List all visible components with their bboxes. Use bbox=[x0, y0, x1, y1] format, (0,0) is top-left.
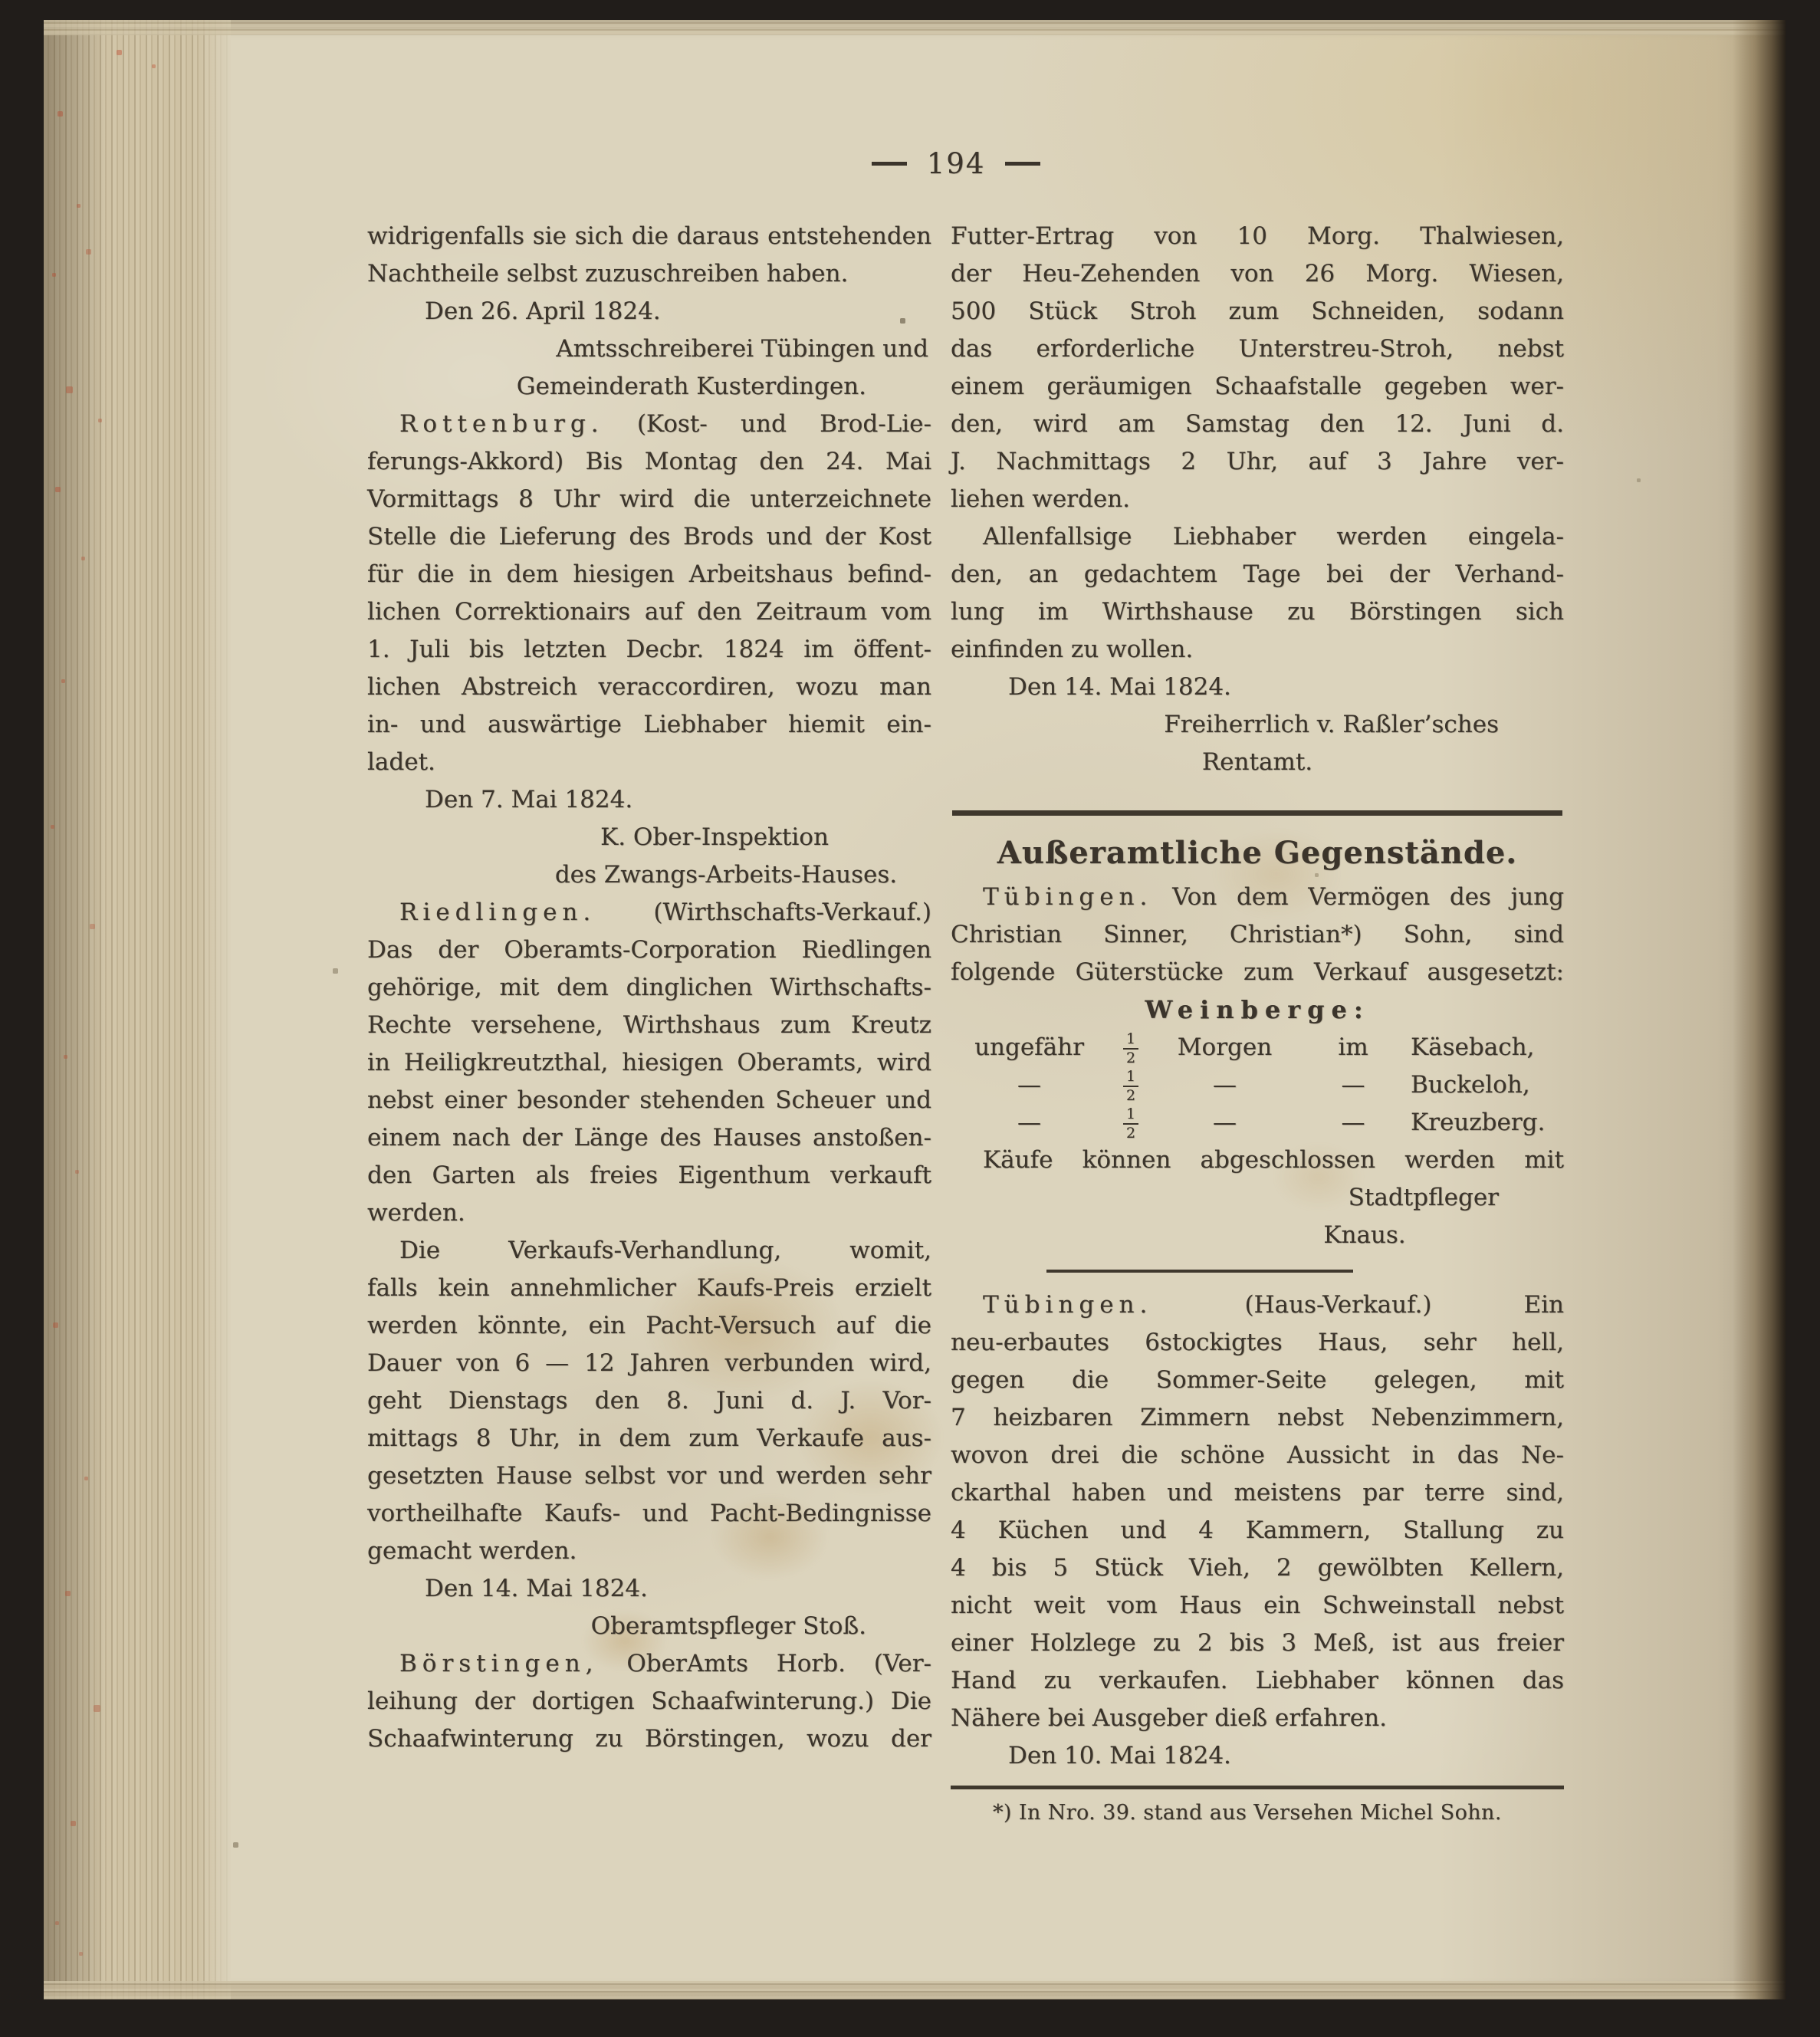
text-line: Rentamt. bbox=[951, 744, 1564, 781]
text-line: einfinden zu wollen. bbox=[951, 631, 1564, 669]
paper-specks bbox=[44, 20, 44, 21]
text-line: Futter-Ertrag von 10 Morg. Thalwiesen, bbox=[951, 218, 1564, 255]
vineyard-cell: Morgen bbox=[1154, 1029, 1296, 1066]
book-gutter-shadow bbox=[1733, 20, 1786, 1999]
text-line: J. Nachmittags 2 Uhr, auf 3 Jahre ver- bbox=[951, 443, 1564, 481]
text-line: gegen die Sommer-Seite gelegen, mit bbox=[951, 1362, 1564, 1399]
text-line: in Heiligkreutzthal, hiesigen Oberamts, … bbox=[367, 1044, 931, 1082]
book-page-edges bbox=[44, 20, 231, 1999]
text-line: einem nach der Länge des Hauses anstoßen… bbox=[367, 1119, 931, 1157]
spaced-place-name: Tübingen. bbox=[983, 883, 1152, 911]
vineyard-list-row: —12——Buckeloh, bbox=[951, 1066, 1564, 1104]
text-line: werden. bbox=[367, 1194, 931, 1232]
vineyard-cell: im bbox=[1296, 1029, 1411, 1066]
text-line: lichen Abstreich veraccordiren, wozu man bbox=[367, 669, 931, 706]
text-line: Dauer von 6 — 12 Jahren verbunden wird, bbox=[367, 1345, 931, 1382]
text-line: Den 10. Mai 1824. bbox=[951, 1737, 1564, 1775]
text-span: (Haus-Verkauf.) Ein bbox=[1152, 1291, 1564, 1319]
vineyard-cell: — bbox=[951, 1066, 1108, 1104]
section-heading: Außeramtliche Gegenstände. bbox=[951, 831, 1564, 879]
text-line: neu-erbautes 6stockigtes Haus, sehr hell… bbox=[951, 1324, 1564, 1362]
vineyard-list-row: —12——Kreuzberg. bbox=[951, 1104, 1564, 1142]
text-line: Gemeinderath Kusterdingen. bbox=[367, 368, 931, 406]
text-line: Den 26. April 1824. bbox=[367, 293, 931, 330]
text-line: Die Verkaufs-Verhandlung, womit, bbox=[367, 1232, 931, 1270]
text-line: einer Holzlege zu 2 bis 3 Meß, ist aus f… bbox=[951, 1625, 1564, 1662]
text-line: vortheilhafte Kaufs- und Pacht-Bedingnis… bbox=[367, 1495, 931, 1533]
text-line: ferungs-Akkord) Bis Montag den 24. Mai bbox=[367, 443, 931, 481]
text-line: den, wird am Samstag den 12. Juni d. bbox=[951, 406, 1564, 443]
text-line: Rottenburg. (Kost- und Brod-Lie- bbox=[367, 406, 931, 443]
vineyard-cell: — bbox=[1296, 1066, 1411, 1104]
text-line: lung im Wirthshause zu Börstingen sich bbox=[951, 593, 1564, 631]
text-line: ladet. bbox=[367, 744, 931, 781]
text-line: des Zwangs-Arbeits-Hauses. bbox=[367, 856, 931, 894]
footnote-line: *) In Nro. 39. stand aus Versehen Michel… bbox=[951, 1794, 1564, 1832]
text-line: Nachtheile selbst zuzuschreiben haben. bbox=[367, 255, 931, 293]
divider-rule bbox=[951, 1786, 1564, 1789]
page-number-value: 194 bbox=[927, 147, 986, 180]
fraction-one-half: 12 bbox=[1108, 1029, 1154, 1066]
divider-rule bbox=[952, 810, 1562, 816]
text-line: Rechte versehene, Wirthshaus zum Kreutz bbox=[367, 1007, 931, 1044]
header-dash-left bbox=[872, 162, 907, 166]
vineyard-cell: Kreuzberg. bbox=[1411, 1104, 1564, 1142]
text-line: den, an gedachtem Tage bei der Verhand- bbox=[951, 556, 1564, 593]
spaced-place-name: Tübingen. bbox=[983, 1291, 1152, 1319]
text-line: Den 7. Mai 1824. bbox=[367, 781, 931, 819]
text-line: Den 14. Mai 1824. bbox=[367, 1570, 931, 1608]
left-text-column: widrigenfalls sie sich die daraus entste… bbox=[367, 218, 931, 1758]
spaced-place-name: Börstingen, bbox=[399, 1650, 599, 1677]
vineyard-cell: — bbox=[951, 1104, 1108, 1142]
text-line: werden könnte, ein Pacht-Versuch auf die bbox=[367, 1307, 931, 1345]
text-line: Vormittags 8 Uhr wird die unterzeichnete bbox=[367, 481, 931, 518]
text-line: Stadtpfleger bbox=[951, 1179, 1564, 1217]
text-line: falls kein annehmlicher Kaufs-Preis erzi… bbox=[367, 1270, 931, 1307]
text-line: Tübingen. Von dem Vermögen des jung bbox=[951, 879, 1564, 916]
vineyard-cell: — bbox=[1154, 1066, 1296, 1104]
text-line: Schaafwinterung zu Börstingen, wozu der bbox=[367, 1720, 931, 1758]
text-line: Knaus. bbox=[951, 1217, 1564, 1254]
text-line: Allenfallsige Liebhaber werden eingela- bbox=[951, 518, 1564, 556]
text-line: 1. Juli bis letzten Decbr. 1824 im öffen… bbox=[367, 631, 931, 669]
text-line: Amtsschreiberei Tübingen und bbox=[367, 330, 931, 368]
text-line: Riedlingen. (Wirthschafts-Verkauf.) bbox=[367, 894, 931, 931]
book-page-scan: 194 widrigenfalls sie sich die daraus en… bbox=[0, 0, 1820, 2037]
header-dash-right bbox=[1005, 162, 1040, 166]
text-line: Börstingen, OberAmts Horb. (Ver- bbox=[367, 1645, 931, 1683]
text-line: 4 Küchen und 4 Kammern, Stallung zu bbox=[951, 1512, 1564, 1549]
edge-speckles bbox=[46, 21, 47, 22]
text-line: Tübingen. (Haus-Verkauf.) Ein bbox=[951, 1286, 1564, 1324]
text-line: ckarthal haben und meistens par terre si… bbox=[951, 1474, 1564, 1512]
text-line: nicht weit vom Haus ein Schweinstall neb… bbox=[951, 1587, 1564, 1625]
vineyard-cell: ungefähr bbox=[951, 1029, 1108, 1066]
vineyard-cell: — bbox=[1154, 1104, 1296, 1142]
text-line: liehen werden. bbox=[951, 481, 1564, 518]
text-line: Oberamtspfleger Stoß. bbox=[367, 1608, 931, 1645]
text-line: Nähere bei Ausgeber dieß erfahren. bbox=[951, 1700, 1564, 1737]
text-line: einem geräumigen Schaafstalle gegeben we… bbox=[951, 368, 1564, 406]
text-line: den Garten als freies Eigenthum verkauft bbox=[367, 1157, 931, 1194]
text-line: Freiherrlich v. Raßler’sches bbox=[951, 706, 1564, 744]
vineyard-list-row: ungefähr12MorgenimKäsebach, bbox=[951, 1029, 1564, 1066]
text-line: 7 heizbaren Zimmern nebst Nebenzimmern, bbox=[951, 1399, 1564, 1437]
text-span: (Kost- und Brod-Lie- bbox=[604, 410, 931, 438]
divider-rule bbox=[1046, 1270, 1353, 1273]
text-line: gemacht werden. bbox=[367, 1533, 931, 1570]
text-line: für die in dem hiesigen Arbeitshaus befi… bbox=[367, 556, 931, 593]
text-line: Weinberge: bbox=[951, 991, 1564, 1029]
text-line: mittags 8 Uhr, in dem zum Verkaufe aus- bbox=[367, 1420, 931, 1457]
text-line: gesetzten Hause selbst vor und werden se… bbox=[367, 1457, 931, 1495]
text-span: OberAmts Horb. (Ver- bbox=[599, 1650, 931, 1677]
vineyard-cell: Buckeloh, bbox=[1411, 1066, 1564, 1104]
text-line: Den 14. Mai 1824. bbox=[951, 669, 1564, 706]
text-line: Hand zu verkaufen. Liebhaber können das bbox=[951, 1662, 1564, 1700]
text-line: das erforderliche Unterstreu-Stroh, nebs… bbox=[951, 330, 1564, 368]
vineyard-cell: — bbox=[1296, 1104, 1411, 1142]
text-line: Das der Oberamts-Corporation Riedlingen bbox=[367, 931, 931, 969]
text-span: Von dem Vermögen des jung bbox=[1152, 883, 1564, 911]
text-line: in- und auswärtige Liebhaber hiemit ein- bbox=[367, 706, 931, 744]
fraction-one-half: 12 bbox=[1108, 1066, 1154, 1104]
text-span: (Wirthschafts-Verkauf.) bbox=[596, 899, 931, 926]
vineyard-cell: Käsebach, bbox=[1411, 1029, 1564, 1066]
text-line: 4 bis 5 Stück Vieh, 2 gewölbten Kellern, bbox=[951, 1549, 1564, 1587]
text-line: K. Ober-Inspektion bbox=[367, 819, 931, 856]
text-line: leihung der dortigen Schaafwinterung.) D… bbox=[367, 1683, 931, 1720]
text-line: lichen Correktionairs auf den Zeitraum v… bbox=[367, 593, 931, 631]
text-line: nebst einer besonder stehenden Scheuer u… bbox=[367, 1082, 931, 1119]
page-number: 194 bbox=[795, 147, 1117, 180]
text-line: widrigenfalls sie sich die daraus entste… bbox=[367, 218, 931, 255]
text-line: 500 Stück Stroh zum Schneiden, sodann bbox=[951, 293, 1564, 330]
page-top-edge bbox=[44, 20, 1786, 35]
right-text-column: Futter-Ertrag von 10 Morg. Thalwiesen,de… bbox=[951, 218, 1564, 1832]
text-line: folgende Güterstücke zum Verkauf ausgese… bbox=[951, 954, 1564, 991]
fraction-one-half: 12 bbox=[1108, 1104, 1154, 1142]
page-bottom-edge bbox=[44, 1981, 1786, 1999]
text-line: Stelle die Lieferung des Brods und der K… bbox=[367, 518, 931, 556]
text-line: gehörige, mit dem dinglichen Wirthschaft… bbox=[367, 969, 931, 1007]
text-line: Käufe können abgeschlossen werden mit bbox=[951, 1142, 1564, 1179]
spaced-place-name: Rottenburg. bbox=[399, 410, 604, 438]
text-line: der Heu-Zehenden von 26 Morg. Wiesen, bbox=[951, 255, 1564, 293]
text-line: Christian Sinner, Christian*) Sohn, sind bbox=[951, 916, 1564, 954]
spaced-place-name: Riedlingen. bbox=[399, 899, 596, 926]
text-line: geht Dienstags den 8. Juni d. J. Vor- bbox=[367, 1382, 931, 1420]
text-line: wovon drei die schöne Aussicht in das Ne… bbox=[951, 1437, 1564, 1474]
